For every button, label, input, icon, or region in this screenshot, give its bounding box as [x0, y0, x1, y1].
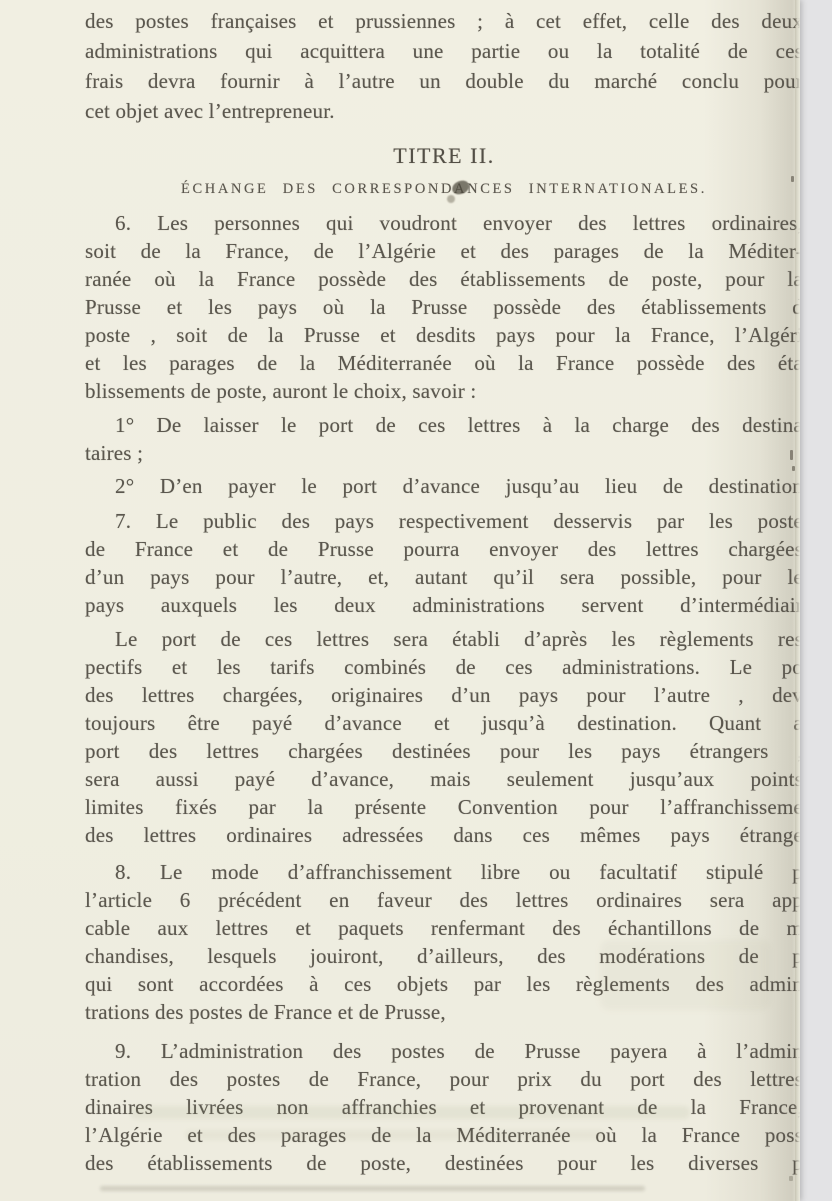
text-line: cable aux lettres et paquets renfermant … [85, 914, 800, 942]
bleedthrough-smudge [130, 1106, 690, 1119]
text-line: frais devra fournir à l’autre un double … [85, 66, 800, 96]
text-line: pays auxquels les deux administrations s… [85, 591, 800, 619]
paragraph-option-2: 2° D’en payer le port d’avance jusqu’au … [85, 472, 800, 500]
text-line: limites fixés par la présente Convention… [85, 793, 800, 821]
edge-ink-speck [790, 450, 793, 460]
bleedthrough-smudge [185, 1130, 605, 1140]
text-line: des postes françaises et prussiennes ; à… [85, 6, 800, 36]
text-line: ranée où la France possède des établisse… [85, 265, 800, 293]
text-line: toujours être payé d’avance et jusqu’à d… [85, 709, 800, 737]
paragraph-article-7-port: Le port de ces lettres sera établi d’apr… [85, 625, 800, 849]
text-line: de France et de Prusse pourra envoyer de… [85, 535, 800, 563]
text-line: 8. Le mode d’affranchissement libre ou f… [85, 858, 800, 886]
text-line: cet objet avec l’entrepreneur. [85, 96, 800, 126]
text-line: 7. Le public des pays respectivement des… [85, 507, 800, 535]
text-line: 6. Les personnes qui voudront envoyer de… [85, 209, 800, 237]
text-line: des lettres ordinaires adressées dans ce… [85, 821, 800, 849]
section-title: TITRE II. [85, 142, 800, 170]
ink-blot-tail [447, 195, 455, 203]
paragraph-continuation: des postes françaises et prussiennes ; à… [85, 6, 800, 126]
text-line: 2° D’en payer le port d’avance jusqu’au … [85, 472, 800, 500]
section-subtitle: ÉCHANGE DES CORRESPONDANCES INTERNATIONA… [85, 179, 800, 199]
text-line: administrations qui acquittera une parti… [85, 36, 800, 66]
text-line: taires ; [85, 439, 800, 467]
paragraph-article-7: 7. Le public des pays respectivement des… [85, 507, 800, 619]
edge-ink-speck [789, 1176, 793, 1181]
text-line: des lettres chargées, originaires d’un p… [85, 681, 800, 709]
scan-viewport: des postes françaises et prussiennes ; à… [0, 0, 832, 1201]
text-line: 9. L’administration des postes de Prusse… [85, 1037, 800, 1065]
paragraph-option-1: 1° De laisser le port de ces lettres à l… [85, 411, 800, 467]
text-line: Le port de ces lettres sera établi d’apr… [85, 625, 800, 653]
text-line: pectifs et les tarifs combinés de ces ad… [85, 653, 800, 681]
text-line: l’article 6 précédent en faveur des lett… [85, 886, 800, 914]
scanned-page: des postes françaises et prussiennes ; à… [0, 0, 800, 1201]
page-edge-line [795, 0, 800, 1201]
text-line: soit de la France, de l’Algérie et des p… [85, 237, 800, 265]
text-line: des établissements de poste, destinées p… [85, 1149, 800, 1177]
bottom-shadow-smudge [100, 1186, 645, 1191]
bleedthrough-smudge [600, 940, 770, 1010]
edge-ink-speck [791, 176, 794, 182]
text-line: d’un pays pour l’autre, et, autant qu’il… [85, 563, 800, 591]
text-line: et les parages de la Méditerranée où la … [85, 349, 800, 377]
text-line: port des lettres chargées destinées pour… [85, 737, 800, 765]
paragraph-article-6: 6. Les personnes qui voudront envoyer de… [85, 209, 800, 405]
text-line: tration des postes de France, pour prix … [85, 1065, 800, 1093]
text-line: poste , soit de la Prusse et desdits pay… [85, 321, 800, 349]
text-line: Prusse et les pays où la Prusse possède … [85, 293, 800, 321]
text-line: 1° De laisser le port de ces lettres à l… [85, 411, 800, 439]
text-line: sera aussi payé d’avance, mais seulement… [85, 765, 800, 793]
text-line: blissements de poste, auront le choix, s… [85, 377, 800, 405]
